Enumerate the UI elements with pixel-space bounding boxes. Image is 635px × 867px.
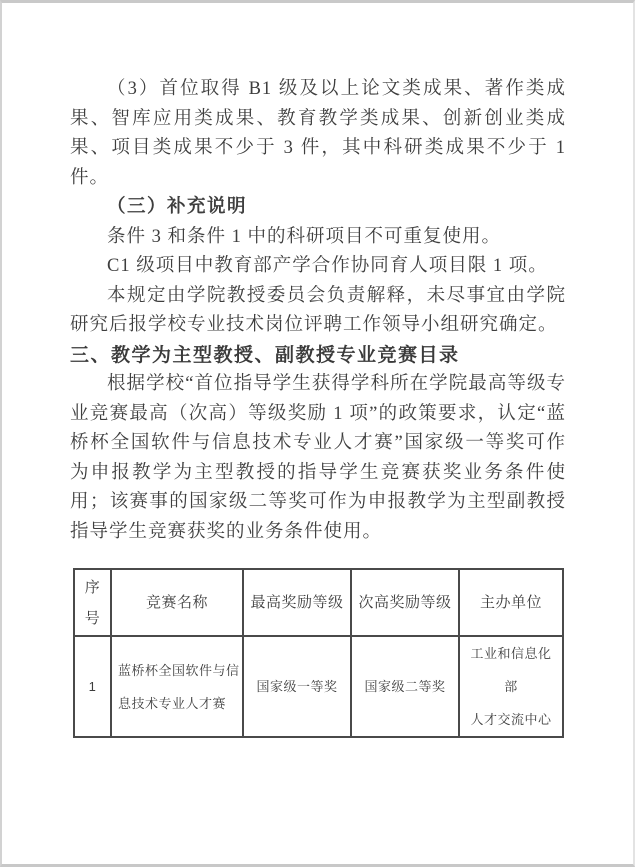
section-heading-competition-catalog: 三、教学为主型教授、副教授专业竞赛目录 [70, 341, 566, 371]
cell-competition-name: 蓝桥杯全国软件与信 息技术专业人才赛 [111, 636, 243, 737]
table-row: 1 蓝桥杯全国软件与信 息技术专业人才赛 国家级一等奖 国家级二等奖 工业和信息… [74, 636, 563, 737]
document-page: （3）首位取得 B1 级及以上论文类成果、著作类成果、智库应用类成果、教育教学类… [0, 0, 635, 867]
table-header-index: 序号 [74, 569, 111, 636]
competition-table-body: 1 蓝桥杯全国软件与信 息技术专业人才赛 国家级一等奖 国家级二等奖 工业和信息… [74, 636, 563, 737]
table-header-competition-name: 竞赛名称 [111, 569, 243, 636]
paragraph-competition-policy: 根据学校“首位指导学生获得学科所在学院最高等级专业竞赛最高（次高）等级奖励 1 … [70, 370, 566, 547]
table-header-organizer: 主办单位 [459, 569, 563, 636]
table-header-top-award: 最高奖励等级 [243, 569, 351, 636]
table-header-row: 序号 竞赛名称 最高奖励等级 次高奖励等级 主办单位 [74, 569, 563, 636]
table-header-second-award: 次高奖励等级 [351, 569, 459, 636]
paragraph-c1-limit: C1 级项目中教育部产学合作协同育人项目限 1 项。 [70, 252, 566, 282]
paragraph-interpretation: 本规定由学院教授委员会负责解释，未尽事宜由学院研究后报学校专业技术岗位评聘工作领… [70, 282, 566, 341]
cell-second-award: 国家级二等奖 [351, 636, 459, 737]
subsection-heading-supplementary-notes: （三）补充说明 [70, 193, 566, 223]
cell-top-award: 国家级一等奖 [243, 636, 351, 737]
cell-organizer: 工业和信息化部 人才交流中心 [459, 636, 563, 737]
competition-table: 序号 竞赛名称 最高奖励等级 次高奖励等级 主办单位 1 蓝桥杯全国软件与信 息… [73, 568, 564, 738]
paragraph-achievements: （3）首位取得 B1 级及以上论文类成果、著作类成果、智库应用类成果、教育教学类… [70, 75, 566, 193]
paragraph-condition-reuse: 条件 3 和条件 1 中的科研项目不可重复使用。 [70, 223, 566, 253]
cell-index: 1 [74, 636, 111, 737]
document-content: （3）首位取得 B1 级及以上论文类成果、著作类成果、智库应用类成果、教育教学类… [2, 3, 633, 738]
competition-table-header: 序号 竞赛名称 最高奖励等级 次高奖励等级 主办单位 [74, 569, 563, 636]
